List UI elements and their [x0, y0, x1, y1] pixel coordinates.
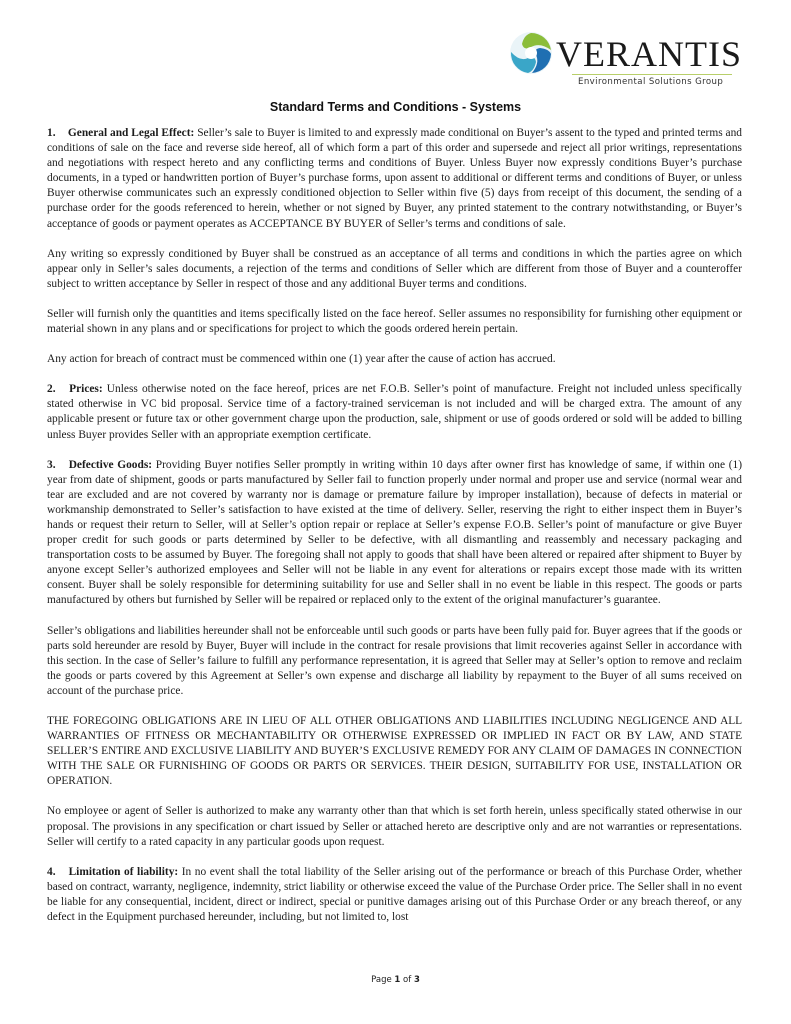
document-body: 1. General and Legal Effect: Seller’s sa… [47, 126, 742, 940]
logo-divider [572, 74, 732, 75]
logo-tagline: Environmental Solutions Group [578, 77, 723, 87]
paragraph-text: Any action for breach of contract must b… [47, 353, 556, 365]
document-title: Standard Terms and Conditions - Systems [0, 100, 791, 114]
paragraph-obligations: Seller’s obligations and liabilities her… [47, 624, 742, 699]
paragraph-disclaimer: THE FOREGOING OBLIGATIONS ARE IN LIEU OF… [47, 714, 742, 789]
paragraph-text: THE FOREGOING OBLIGATIONS ARE IN LIEU OF… [47, 715, 742, 787]
paragraph-text: Seller’s obligations and liabilities her… [47, 625, 742, 697]
section-heading: Defective Goods: [69, 459, 152, 471]
section-number: 1. [47, 126, 65, 141]
section-heading: Prices: [69, 383, 103, 395]
section-text: Providing Buyer notifies Seller promptly… [47, 459, 742, 607]
page-label: Page [371, 975, 394, 985]
paragraph-text: Any writing so expressly conditioned by … [47, 248, 742, 290]
section-limitation-of-liability: 4. Limitation of liability: In no event … [47, 865, 742, 925]
section-general-legal-effect: 1. General and Legal Effect: Seller’s sa… [47, 126, 742, 232]
paragraph-no-warranty: No employee or agent of Seller is author… [47, 804, 742, 849]
document-page: VERANTIS Environmental Solutions Group S… [0, 0, 791, 1024]
section-text: Unless otherwise noted on the face hereo… [47, 383, 742, 440]
paragraph-quantities: Seller will furnish only the quantities … [47, 307, 742, 337]
swirl-logo-icon [508, 30, 554, 76]
section-number: 4. [47, 865, 65, 880]
paragraph-text: No employee or agent of Seller is author… [47, 805, 742, 847]
page-of-label: of [400, 975, 414, 985]
paragraph-acceptance: Any writing so expressly conditioned by … [47, 247, 742, 292]
paragraph-text: Seller will furnish only the quantities … [47, 308, 742, 335]
company-logo: VERANTIS Environmental Solutions Group [508, 30, 768, 92]
section-text: Seller’s sale to Buyer is limited to and… [47, 127, 742, 230]
section-number: 3. [47, 458, 65, 473]
section-heading: General and Legal Effect: [68, 127, 194, 139]
section-defective-goods: 3. Defective Goods: Providing Buyer noti… [47, 458, 742, 609]
section-number: 2. [47, 382, 65, 397]
page-number: Page 1 of 3 [0, 975, 791, 985]
logo-wordmark: VERANTIS [556, 34, 742, 74]
total-pages: 3 [414, 975, 420, 985]
paragraph-breach-action: Any action for breach of contract must b… [47, 352, 742, 367]
section-prices: 2. Prices: Unless otherwise noted on the… [47, 382, 742, 442]
section-heading: Limitation of liability: [69, 866, 179, 878]
